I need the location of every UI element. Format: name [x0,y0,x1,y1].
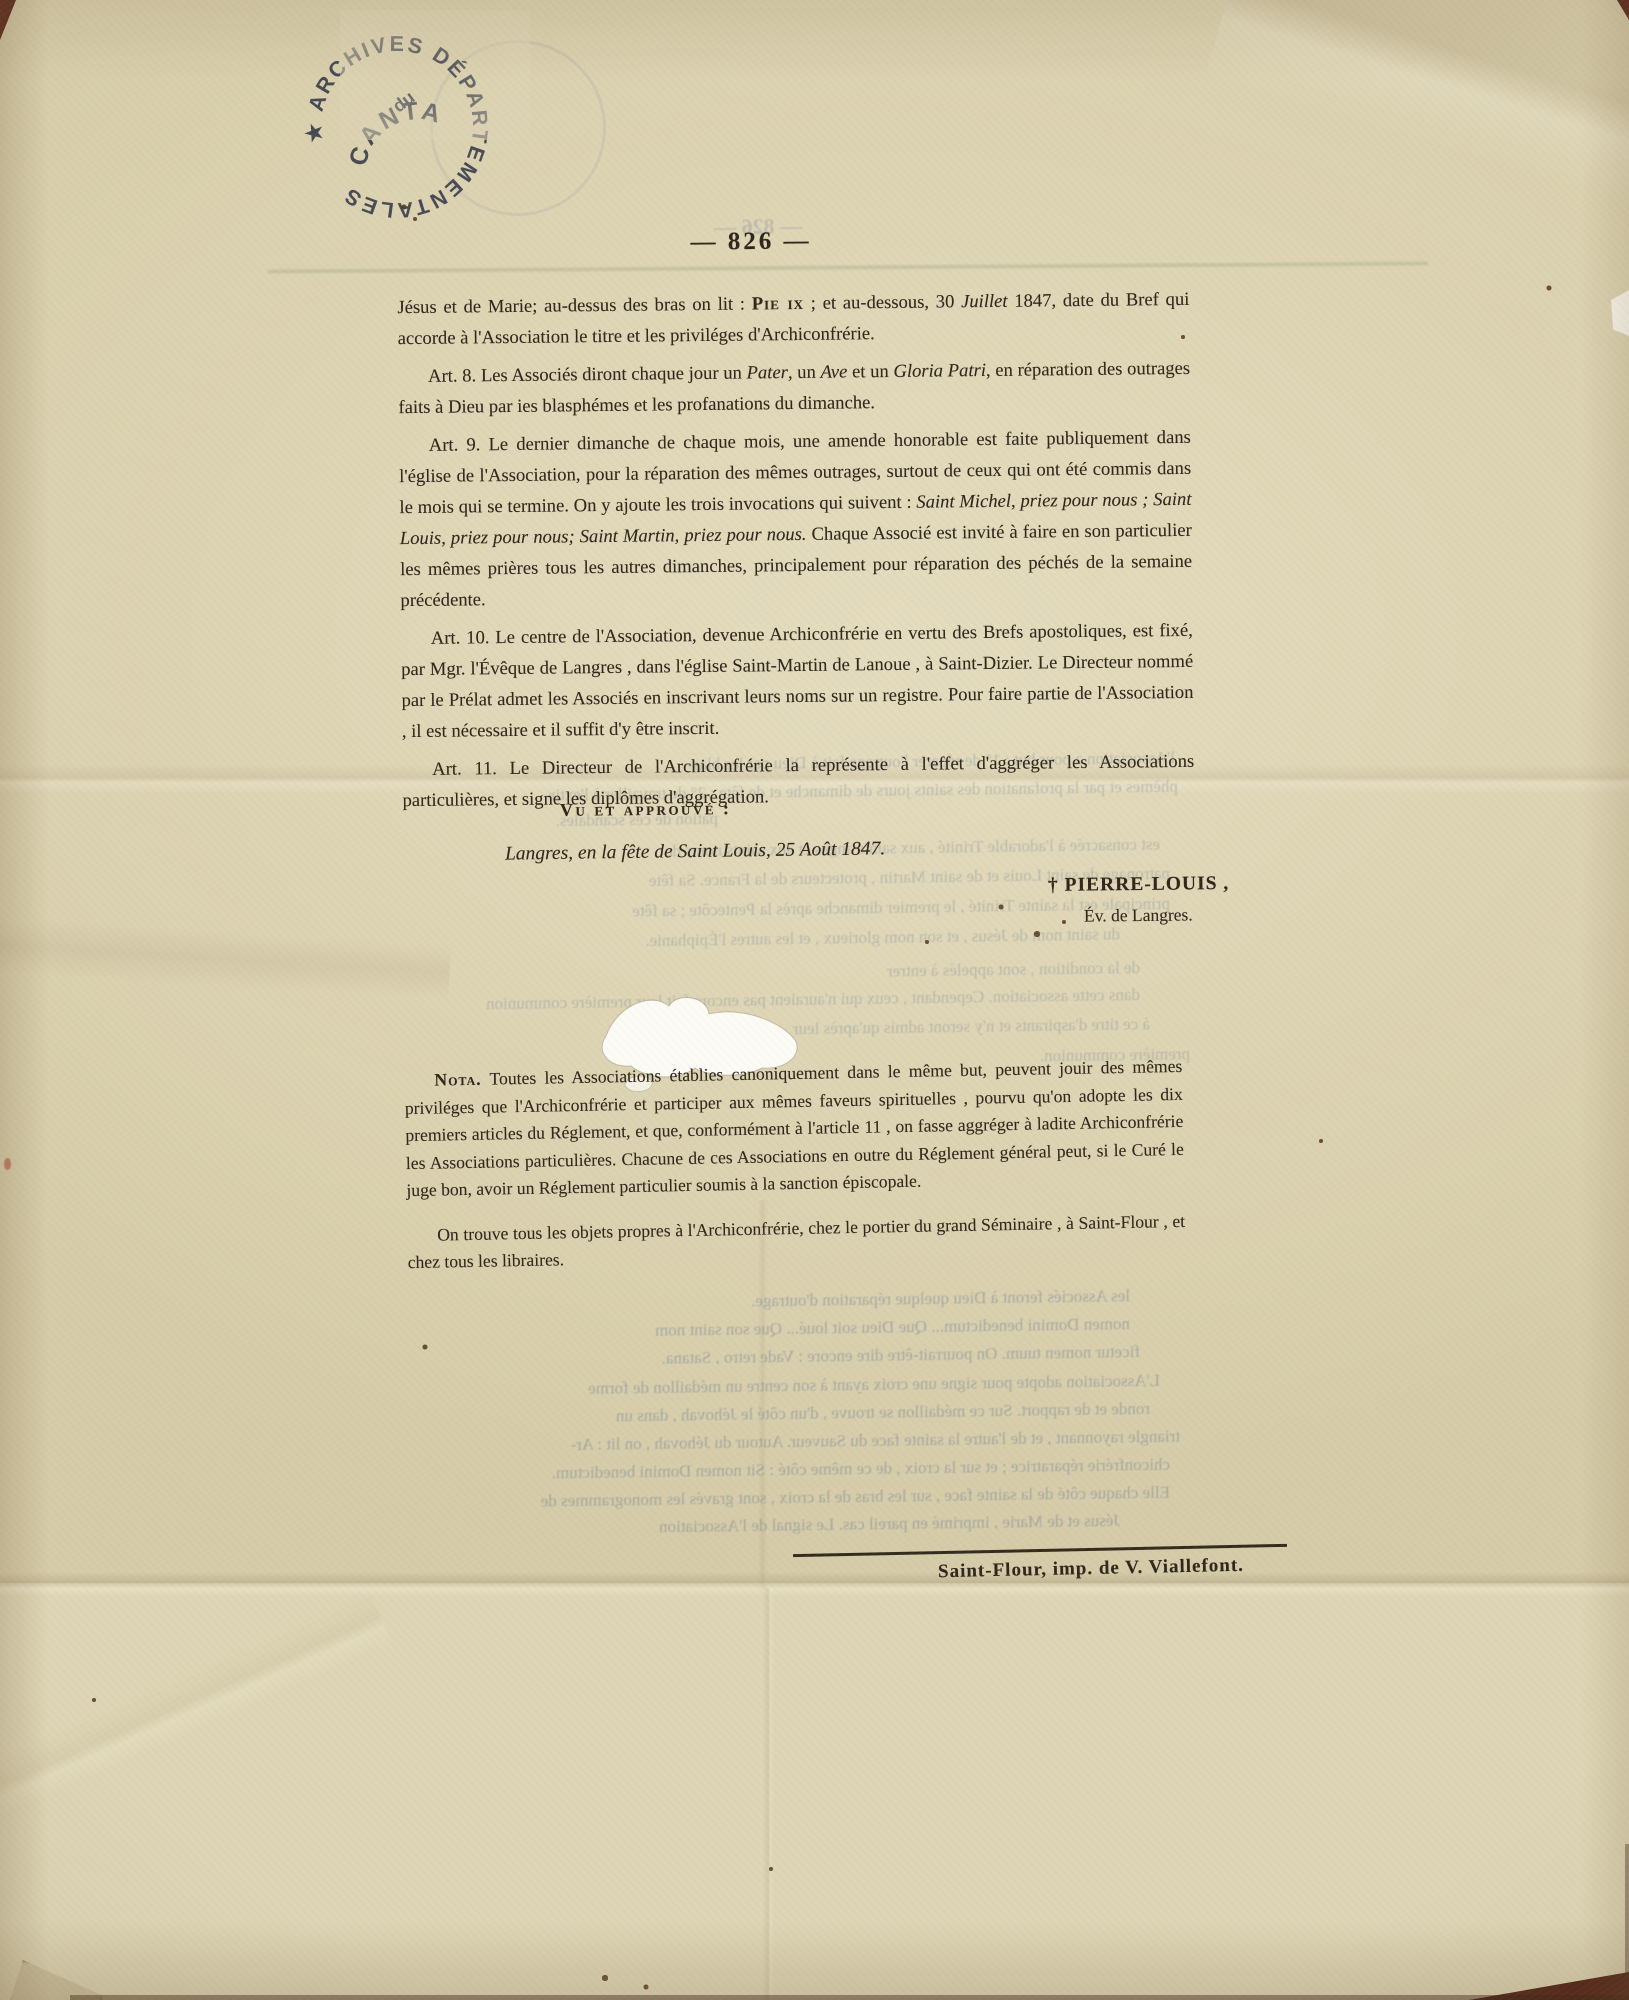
bleedthrough-line: triangle rayonnant , et de l'autre la sa… [400,1427,1180,1458]
photo-background-corner [1617,0,1629,20]
paragraph-art-10: Art. 10. Le centre de l'Association, dev… [401,615,1194,747]
bleedthrough-line: Jésus et de Marie , imprimé en pareil ca… [520,1511,1120,1539]
bleedthrough-line: les Associés feront à Dieu quelque répar… [430,1286,1130,1316]
diagonal-crease-bottom-left [0,1589,392,1831]
bleedthrough-line: nomen Domini benedictum... Que Dieu soit… [430,1314,1130,1344]
bleedthrough-line: L'Association adopte pour signe une croi… [420,1371,1160,1401]
svg-text:CANTAL: CANTAL [272,2,458,194]
paragraph-art-8: Art. 8. Les Associés diront chaque jour … [398,353,1191,423]
bleedthrough-line: ficetur nomen tuum. On pourrait-être dir… [420,1342,1140,1372]
paper-edge-notch [1611,290,1629,336]
diagonal-crease-top-right [1204,0,1629,215]
paper-bottom-edge-shadow [70,1995,1629,2000]
nota-paragraph: Nota. Toutes les Associations établies c… [404,1053,1184,1205]
bleedthrough-line: du saint nom de Jésus , et son nom glori… [460,924,1120,953]
bleedthrough-line: ronde et de rapport. Sur ce médaillon se… [420,1399,1150,1429]
signature-name: † PIERRE-LOUIS , [1048,873,1229,897]
paper-right-edge-shadow [1625,1844,1629,1974]
paragraph-art-9: Art. 9. Le dernier dimanche de chaque mo… [399,422,1193,616]
approval-heading: Vu et approuvé : [560,798,732,821]
red-stain [4,1158,11,1170]
paragraph-continuation: Jésus et de Marie; au-dessus des bras on… [397,284,1190,354]
scanned-document-page: — 826 — l'Association a pour but : 1° de… [0,0,1629,2000]
archives-cantal-stamp-icon: ★ ARCHIVES DÉPARTEMENTALES du CANTAL [272,2,522,252]
bleedthrough-line: de la condition , sont appelés à entrer [700,958,1140,984]
bleedthrough-line: chiconfrérie réparatrice ; et sur la cro… [410,1455,1170,1486]
page-number: — 826 — [676,227,826,257]
diagonal-crease-left [0,915,451,1000]
body-text: Jésus et de Marie; au-dessus des bras on… [397,284,1195,823]
bleedthrough-line: principale est la sainte Trinité , le pr… [440,894,1170,924]
horizontal-fold-crease [0,1572,1629,1596]
lighter-lower-panel [0,1583,1629,2000]
printer-imprint: Saint-Flour, imp. de V. Viallefont. [938,1555,1244,1583]
corner-fold [10,1960,102,2000]
signature-title: Év. de Langres. [1084,904,1193,926]
photo-background-corner [0,0,16,40]
approval-dateline: Langres, en la fête de Saint Louis, 25 A… [505,838,886,865]
bleedthrough-line: Elle chaque côté de la sainte face , sur… [400,1483,1170,1514]
closing-paragraph: On trouve tous les objets propres à l'Ar… [407,1207,1186,1276]
rule-bleedthrough [268,262,1428,273]
nota-block: Nota. Toutes les Associations établies c… [404,1053,1186,1277]
paragraph-art-11: Art. 11. Le Directeur de l'Archiconfréri… [402,746,1195,816]
vertical-fold-crease [762,1588,774,2000]
